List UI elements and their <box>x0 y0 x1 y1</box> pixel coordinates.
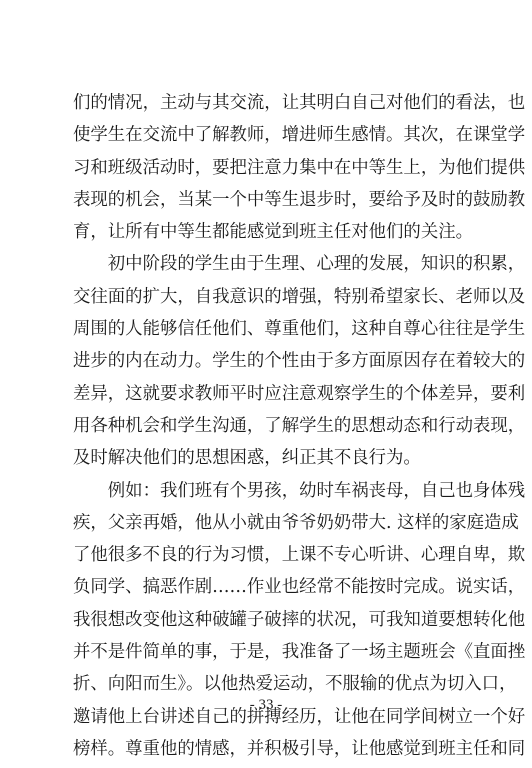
body-text: 们的情况，主动与其交流，让其明白自己对他们的看法，也 使学生在交流中了解教师，增… <box>73 87 461 765</box>
text-line: 们的情况，主动与其交流，让其明白自己对他们的看法，也 <box>73 87 461 119</box>
text-line: 疾，父亲再婚，他从小就由爷爷奶奶带大. 这样的家庭造成 <box>73 507 461 539</box>
text-line: 折、向阳而生》。以他热爱运动，不服输的优点为切入口， <box>73 668 461 700</box>
text-line: 初中阶段的学生由于生理、心理的发展，知识的积累， <box>73 248 461 280</box>
document-page: 们的情况，主动与其交流，让其明白自己对他们的看法，也 使学生在交流中了解教师，增… <box>0 0 532 768</box>
text-line: 育，让所有中等生都能感觉到班主任对他们的关注。 <box>73 216 461 248</box>
text-line: 周围的人能够信任他们、尊重他们，这种自尊心往往是学生 <box>73 313 461 345</box>
text-line: 用各种机会和学生沟通，了解学生的思想动态和行动表现， <box>73 410 461 442</box>
text-line: 负同学、搞恶作剧……作业也经常不能按时完成。说实话， <box>73 571 461 603</box>
text-line: 榜样。尊重他的情感，并积极引导，让他感觉到班主任和同 <box>73 733 461 765</box>
text-line: 习和班级活动时，要把注意力集中在中等生上，为他们提供 <box>73 152 461 184</box>
text-line: 我很想改变他这种破罐子破摔的状况，可我知道要想转化他 <box>73 604 461 636</box>
text-line: 及时解决他们的思想困惑，纠正其不良行为。 <box>73 442 461 474</box>
text-line: 进步的内在动力。学生的个性由于多方面原因存在着较大的 <box>73 345 461 377</box>
text-line: 例如：我们班有个男孩，幼时车祸丧母，自己也身体残 <box>73 475 461 507</box>
page-number: - 33 - <box>0 697 532 714</box>
text-line: 表现的机会，当某一个中等生退步时，要给予及时的鼓励教 <box>73 184 461 216</box>
text-line: 了他很多不良的行为习惯，上课不专心听讲、心理自卑，欺 <box>73 539 461 571</box>
text-line: 差异，这就要求教师平时应注意观察学生的个体差异，要利 <box>73 378 461 410</box>
text-line: 交往面的扩大，自我意识的增强，特别希望家长、老师以及 <box>73 281 461 313</box>
text-line: 使学生在交流中了解教师，增进师生感情。其次，在课堂学 <box>73 119 461 151</box>
text-line: 并不是件简单的事，于是，我准备了一场主题班会《直面挫 <box>73 636 461 668</box>
